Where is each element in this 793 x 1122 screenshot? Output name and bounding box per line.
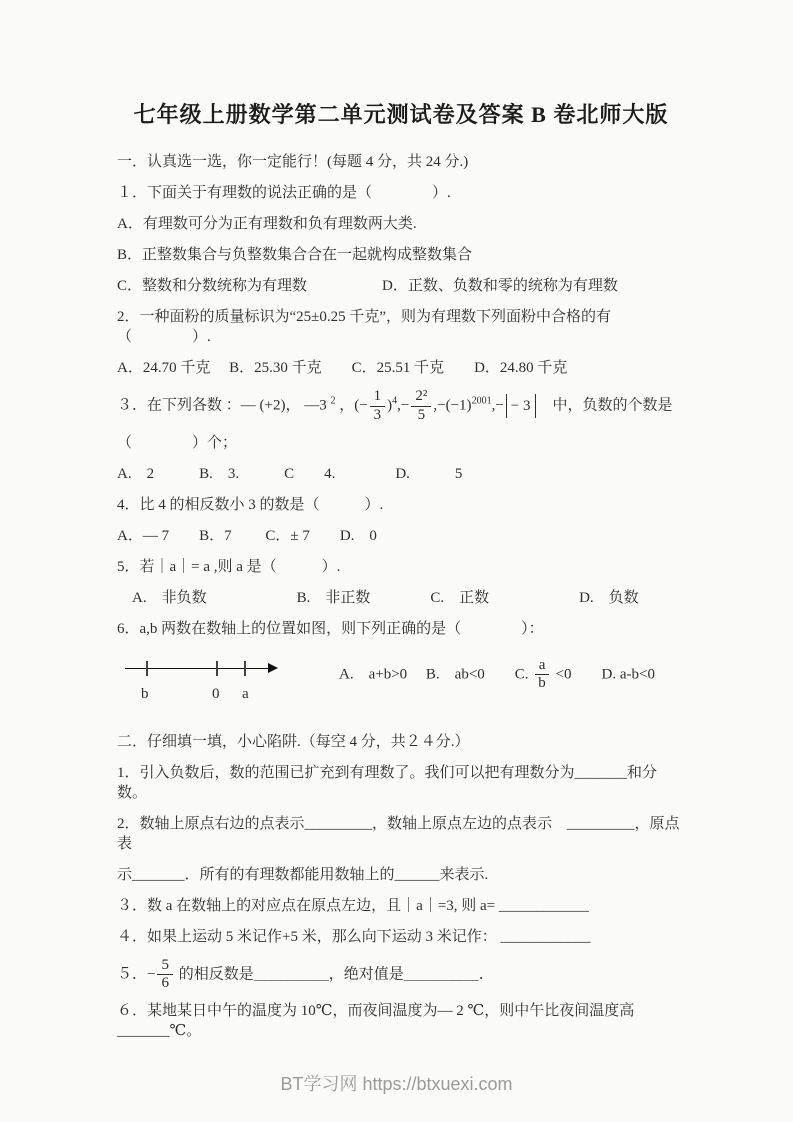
s1-q1-options-cd: C．整数和分数统称为有理数 D．正数、负数和零的统称为有理数 <box>117 276 685 296</box>
s2-q6-text: ６．某地某日中午的温度为 10℃，而夜间温度为— 2 ℃，则中午比夜间温度高__… <box>117 1001 685 1041</box>
document-page: 七年级上册数学第二单元测试卷及答案 B 卷北师大版 一．认真选一选，你一定能行！… <box>0 0 793 1122</box>
page-title: 七年级上册数学第二单元测试卷及答案 B 卷北师大版 <box>117 100 685 130</box>
s1-q4-options: A．— 7 B．7 C．± 7 D. 0 <box>117 526 685 546</box>
s1-q5-text: 5．若｜a｜= a ,则 a 是（ ）. <box>117 557 685 577</box>
s1-q6-text: 6．a,b 两数在数轴上的位置如图，则下列正确的是（ ）： <box>117 619 685 639</box>
s1-q4-text: 4．比 4 的相反数小 3 的数是（ ）. <box>117 495 685 515</box>
s1-q6-figure-row: b 0 a A. a+b>0 B. ab<0 C. ab <0 D. a-b<0 <box>117 650 685 718</box>
s2-q1-text: 1．引入负数后，数的范围已扩充到有理数了。我们可以把有理数分为_______和分… <box>117 763 685 803</box>
section2-header: 二．仔细填一填，小心陷阱.（每空 4 分，共２４分.） <box>117 732 685 752</box>
site-watermark: BT学习网 https://btxuexi.com <box>0 1070 793 1096</box>
s1-q1-option-a: A．有理数可分为正有理数和负有理数两大类. <box>117 214 685 234</box>
number-line-label-a: a <box>242 686 249 703</box>
s1-q3-text-line2: （ ）个； <box>117 433 685 453</box>
section1-header: 一．认真选一选，你一定能行！(每题 4 分，共 24 分.) <box>117 152 685 172</box>
number-line-arrow-icon <box>268 663 278 673</box>
number-line-figure: b 0 a <box>125 650 277 712</box>
number-line-label-b: b <box>141 686 149 703</box>
s2-q2-text-line2: 示_______．所有的有理数都能用数轴上的______来表示. <box>117 865 685 885</box>
s1-q2-text: 2．一种面粉的质量标识为“25±0.25 千克”，则为有理数下列面粉中合格的有（… <box>117 307 685 347</box>
s2-q2-text-line1: 2．数轴上原点右边的点表示_________，数轴上原点左边的点表示 _____… <box>117 814 685 854</box>
s2-q5-text: ５．−56 的相反数是＿＿＿＿＿，绝对值是＿＿＿＿＿． <box>117 958 685 993</box>
s1-q1-text: １．下面关于有理数的说法正确的是（ ）. <box>117 183 685 203</box>
s1-q1-option-b: B．正整数集合与负整数集合合在一起就构成整数集合 <box>117 245 685 265</box>
s1-q6-options: A. a+b>0 B. ab<0 C. ab <0 D. a-b<0 <box>277 650 685 693</box>
s1-q5-options: A. 非负数 B. 非正数 C. 正数 D. 负数 <box>117 588 685 608</box>
number-line-tick-0 <box>216 661 218 676</box>
number-line-label-0: 0 <box>212 686 220 703</box>
s1-q2-options: A．24.70 千克 B．25.30 千克 C．25.51 千克 D．24.80… <box>117 358 685 378</box>
number-line-tick-b <box>146 661 148 676</box>
s2-q4-text: ４．如果上运动 5 米记作+5 米，那么向下运动 3 米记作： ________… <box>117 927 685 947</box>
number-line-tick-a <box>244 661 246 676</box>
s1-q3-options: A. 2 B. 3. C 4. D. 5 <box>117 464 685 484</box>
s2-q3-text: ３．数 a 在数轴上的对应点在原点左边，且｜a｜=3, 则 a= _______… <box>117 896 685 916</box>
s1-q3-text: ３．在下列各数 ：— (+2)， —3 2 ，(−13)4,−2²5,−(−1)… <box>117 389 685 424</box>
